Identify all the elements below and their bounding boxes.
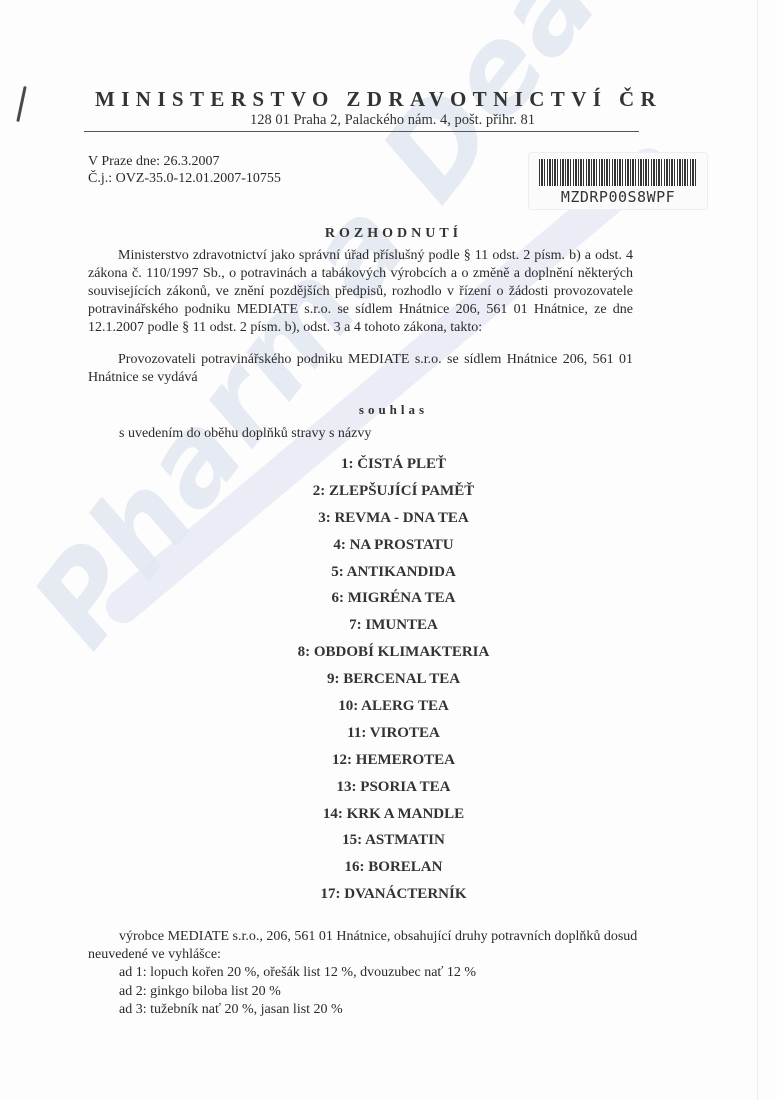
product-item: 1: ČISTÁ PLEŤ xyxy=(0,452,777,479)
consent-title: souhlas xyxy=(0,402,777,418)
product-item: 13: PSORIA TEA xyxy=(0,775,777,802)
product-item: 3: REVMA - DNA TEA xyxy=(0,506,777,533)
ministry-address: 128 01 Praha 2, Palackého nám. 4, pošt. … xyxy=(0,112,777,129)
product-item: 2: ZLEPŠUJÍCÍ PAMĚŤ xyxy=(0,479,777,506)
reference-number: Č.j.: OVZ-35.0-12.01.2007-10755 xyxy=(88,170,281,187)
product-item: 16: BORELAN xyxy=(0,855,777,882)
composition-item: ad 2: ginkgo biloba list 20 % xyxy=(119,983,476,1002)
decision-paragraph: Ministerstvo zdravotnictví jako správní … xyxy=(88,247,633,337)
document-page: Pharma Dea s. r. o. MINISTERSTVO ZDRAVOT… xyxy=(0,0,777,1100)
product-list: 1: ČISTÁ PLEŤ 2: ZLEPŠUJÍCÍ PAMĚŤ 3: REV… xyxy=(0,452,777,909)
composition-item: ad 1: lopuch kořen 20 %, ořešák list 12 … xyxy=(119,964,476,983)
header-divider xyxy=(84,131,639,132)
product-item: 7: IMUNTEA xyxy=(0,613,777,640)
product-item: 14: KRK A MANDLE xyxy=(0,802,777,829)
consent-intro: s uvedením do oběhu doplňků stravy s náz… xyxy=(119,426,371,442)
composition-item: ad 3: tužebník nať 20 %, jasan list 20 % xyxy=(119,1001,476,1020)
product-item: 12: HEMEROTEA xyxy=(0,748,777,775)
barcode-id: MZDRP00S8WPF xyxy=(529,188,707,206)
ministry-title: MINISTERSTVO ZDRAVOTNICTVÍ ČR xyxy=(95,87,655,112)
manufacturer-paragraph: výrobce MEDIATE s.r.o., 206, 561 01 Hnát… xyxy=(88,928,638,964)
product-item: 17: DVANÁCTERNÍK xyxy=(0,882,777,909)
product-item: 15: ASTMATIN xyxy=(0,828,777,855)
product-item: 9: BERCENAL TEA xyxy=(0,667,777,694)
product-item: 6: MIGRÉNA TEA xyxy=(0,586,777,613)
composition-list: ad 1: lopuch kořen 20 %, ořešák list 12 … xyxy=(119,964,476,1020)
product-item: 5: ANTIKANDIDA xyxy=(0,560,777,587)
product-item: 4: NA PROSTATU xyxy=(0,533,777,560)
place-date: V Praze dne: 26.3.2007 xyxy=(88,153,220,170)
barcode-label: MZDRP00S8WPF xyxy=(528,152,708,210)
decision-title: ROZHODNUTÍ xyxy=(0,226,777,242)
document-content: MINISTERSTVO ZDRAVOTNICTVÍ ČR 128 01 Pra… xyxy=(0,0,777,1100)
product-item: 10: ALERG TEA xyxy=(0,694,777,721)
product-item: 8: OBDOBÍ KLIMAKTERIA xyxy=(0,640,777,667)
product-item: 11: VIROTEA xyxy=(0,721,777,748)
issuance-paragraph: Provozovateli potravinářského podniku ME… xyxy=(88,351,633,387)
barcode-icon xyxy=(539,159,696,186)
